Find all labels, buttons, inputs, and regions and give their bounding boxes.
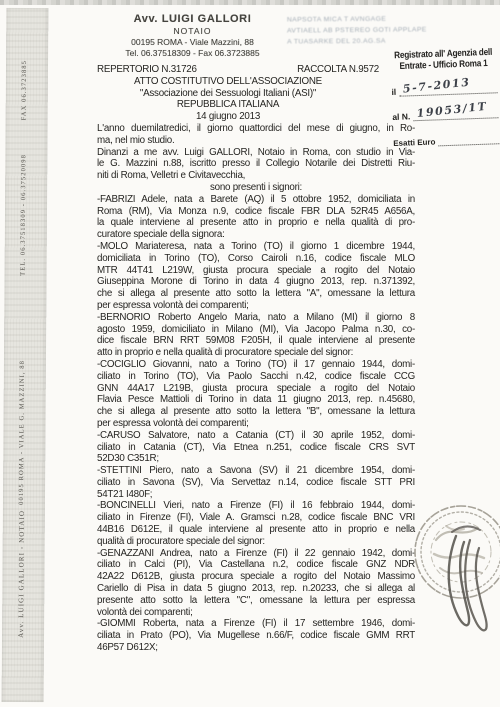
deed-text-line: presente atto sotto la lettera "C", omes…	[97, 595, 415, 607]
deed-text-line: che si allega al presente atto sotto la …	[97, 406, 415, 418]
deed-text-line: Giuseppina Morone di Torino in data 4 gi…	[97, 276, 415, 288]
deed-text-line: Flavia Pesce Mattioli di Torino in data …	[97, 394, 415, 406]
deed-text-line: 42A22 D612B, giusta procura speciale a r…	[97, 571, 415, 583]
dotted-leader: 19053/1T	[413, 106, 498, 121]
deed-text-line: 54T21 I480F;	[97, 489, 415, 501]
vertical-tel-text: TEL. 06.37518309 - 06.37520098	[20, 154, 28, 276]
deed-text-line: ciliato in Firenze (FI), Viale A. Gramsc…	[97, 512, 415, 524]
deed-text-line: ciliata in Prato (PO), Via Mugellese n.6…	[97, 630, 415, 642]
deed-text-line: 52D30 C351R;	[97, 453, 415, 465]
deed-text-line: qualità di procuratore speciale del sign…	[97, 536, 415, 548]
deed-text-line: dice fiscale BRN RRT 59M08 F205H, il qua…	[97, 335, 415, 347]
deed-text-line: per espressa volontà dei comparenti;	[97, 300, 415, 312]
handwritten-number: 19053/1T	[416, 100, 488, 120]
scan-edge-top	[0, 0, 500, 5]
deed-text-line: ma, nel mio studio.	[97, 135, 415, 147]
deed-text-line: per espressa volontà dei comparenti;	[97, 418, 415, 430]
deed-text-line: 46P57 D612X;	[97, 642, 415, 654]
deed-text-line: -FABRIZI Adele, nata a Barete (AQ) il 5 …	[97, 194, 415, 206]
act-body-text: L'anno duemilatredici, il giorno quattor…	[97, 123, 415, 654]
deed-text-line: ciliato in Torino (TO), Via Paolo Sacchi…	[97, 371, 415, 383]
deed-text-line: atto in proprio e nella qualità di procu…	[97, 347, 415, 359]
left-margin-band: FAX 06.3723885 TEL. 06.37518309 - 06.375…	[2, 8, 49, 702]
deed-text-line: ciliato in Savona (SV), Via Servettaz n.…	[97, 477, 415, 489]
deed-text-line: -CARUSO Salvatore, nato a Catania (CT) i…	[97, 430, 415, 442]
deed-text-line: -BERNORIO Roberto Angelo Maria, nato a M…	[97, 312, 415, 324]
heading-line: ATTO COSTITUTIVO DELL'ASSOCIAZIONE	[97, 76, 359, 88]
scanned-notarial-deed-page: FAX 06.3723885 TEL. 06.37518309 - 06.375…	[0, 0, 500, 707]
letterhead-name: Avv. LUIGI GALLORI	[105, 13, 280, 25]
deed-text-line: L'anno duemilatredici, il giorno quattor…	[97, 123, 415, 135]
repertorio-number: REPERTORIO N.31726	[97, 64, 197, 76]
deed-text-line: niti di Roma, Velletri e Civitavecchia,	[97, 170, 415, 182]
deed-text-line: la quale interviene al presente atto in …	[97, 217, 415, 229]
deed-text-line: -MOLO Mariateresa, nata a Torino (TO) il…	[97, 241, 415, 253]
deed-text-line: -BONCINELLI Vieri, nato a Firenze (FI) i…	[97, 500, 415, 512]
vertical-address-text: 00195 ROMA - VIALE G. MAZZINI, 88	[18, 360, 26, 505]
faded-stamp-line: AVTIAELL AB PSTEREO GOTI APPLAPE	[287, 24, 419, 36]
letterhead-title: NOTAIO	[105, 26, 280, 36]
deed-text-line: -GIOMMI Roberta, nata a Firenze (FI) il …	[97, 618, 415, 630]
deed-text-line: curatore speciale della signora:	[97, 229, 415, 241]
vertical-notary-name: Avv. LUIGI GALLORI - NOTAIO	[17, 510, 26, 638]
repertorio-raccolta-line: REPERTORIO N.31726 RACCOLTA N.9572	[97, 64, 415, 76]
deed-text-line: Dinanzi a me avv. Luigi GALLORI, Notaio …	[97, 147, 415, 159]
heading-line: 14 giugno 2013	[97, 111, 359, 123]
deed-text-line: che si allega al presente atto sotto la …	[97, 288, 415, 300]
letterhead-address: 00195 ROMA - Viale Mazzini, 88	[105, 37, 280, 47]
notary-round-seal-with-signature	[406, 492, 500, 657]
deed-text-line: -COCIGLIO Giovanni, nato a Torino (TO) i…	[97, 359, 415, 371]
deed-text-line: MTR 44T41 L219W, giusta procura speciale…	[97, 265, 415, 277]
deed-text-column: REPERTORIO N.31726 RACCOLTA N.9572 ATTO …	[97, 64, 415, 654]
deed-text-line: ciliato in Catania (CT), Via Etnea n.251…	[97, 442, 415, 454]
deed-text-line: volontà dei comparenti;	[97, 607, 415, 619]
deed-text-line: GNN 44A17 L219B, giusta procura speciale…	[97, 383, 415, 395]
deed-text-line: domiciliata in Torino (TO), Corso Cairol…	[97, 253, 415, 265]
deed-text-line: le G. Mazzini n.88, iscritto presso il C…	[97, 158, 415, 170]
heading-line: "Associazione dei Sessuologi Italiani (A…	[97, 88, 359, 100]
faded-ink-stamp: NAPSOTA MICA T AVNGAGEAVTIAELL AB PSTERE…	[287, 13, 419, 47]
dotted-leader	[438, 132, 499, 146]
deed-text-line: 44B16 D612E, il quale interviene al pres…	[97, 524, 415, 536]
deed-text-line: ciliato in Calci (PI), Via Castellana n.…	[97, 559, 415, 571]
vertical-fax-text: FAX 06.3723885	[21, 60, 28, 120]
heading-line: REPUBBLICA ITALIANA	[97, 99, 359, 111]
deed-text-line: Roma (RM), Via Monza n.9, codice fiscale…	[97, 206, 415, 218]
deed-text-line: sono presenti i signori:	[97, 182, 415, 194]
act-heading: ATTO COSTITUTIVO DELL'ASSOCIAZIONE"Assoc…	[97, 76, 359, 123]
deed-text-line: -STETTINI Piero, nato a Savona (SV) il 2…	[97, 465, 415, 477]
notary-letterhead: Avv. LUIGI GALLORI NOTAIO 00195 ROMA - V…	[105, 13, 280, 58]
faded-stamp-line: A TUASARKE DEL 20.AG.SA	[287, 35, 419, 47]
deed-text-line: -GENAZZANI Andrea, nato a Firenze (FI) i…	[97, 548, 415, 560]
letterhead-phone: Tel. 06.37518309 - Fax 06.3723885	[105, 48, 280, 58]
deed-text-line: Cariello di Pisa in data 5 giugno 2013, …	[97, 583, 415, 595]
deed-text-line: agosto 1959, domiciliato in Milano (MI),…	[97, 324, 415, 336]
raccolta-number: RACCOLTA N.9572	[297, 64, 379, 76]
